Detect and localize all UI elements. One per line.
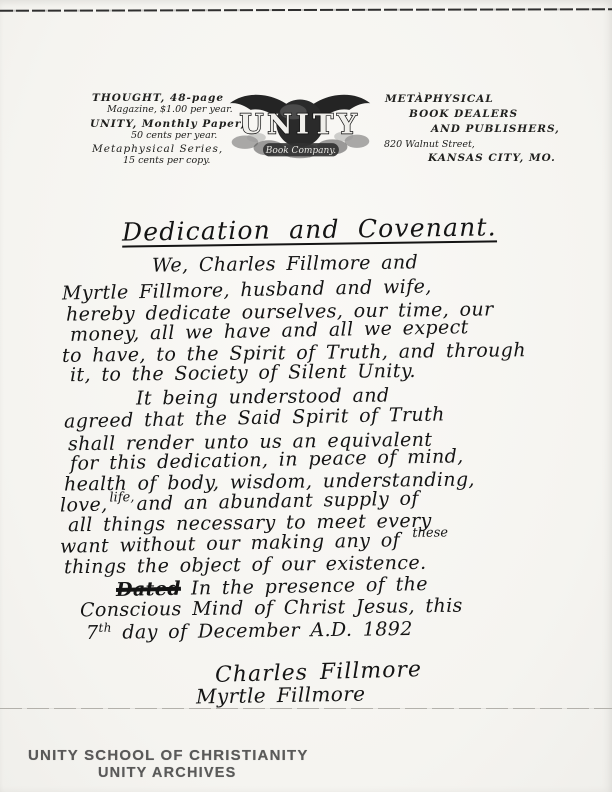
ordinal-suffix: th (98, 621, 112, 635)
handwritten-line: 7th day of December A.D. 1892 (86, 617, 413, 644)
scan-edge-line-top (0, 8, 612, 12)
business-line-2: BOOK DEALERS (409, 108, 518, 120)
business-line-3: AND PUBLISHERS, (431, 123, 560, 135)
inserted-word: life, (109, 490, 134, 505)
business-address: 820 Walnut Street, (384, 139, 475, 150)
unity-book-company-logo: UNITY Book Company. (226, 86, 374, 168)
signature-myrtle-fillmore: Myrtle Fillmore (196, 682, 366, 709)
stamp-line-1: UNITY SCHOOL OF CHRISTIANITY (28, 747, 309, 764)
letter-heading: Dedication and Covenant. (122, 212, 497, 246)
publication-series-title: Metaphysical Series, (92, 143, 223, 155)
business-city: KANSAS CITY, MO. (428, 152, 556, 164)
line-text: day of December A.D. 1892 (122, 618, 413, 644)
handwritten-line: We, Charles Fillmore and (152, 251, 418, 276)
logo-subtitle: Book Company. (265, 146, 336, 156)
stamp-line-2: UNITY ARCHIVES (98, 765, 236, 781)
line-text: 7 (86, 622, 99, 644)
handwritten-line: agreed that the Said Spirit of Truth (64, 403, 445, 432)
publication-thought-title: THOUGHT, 48-page (92, 92, 224, 104)
scanned-letter-page: THOUGHT, 48-page Magazine, $1.00 per yea… (0, 0, 612, 792)
publication-series-detail: 15 cents per copy. (123, 155, 210, 166)
logo-word: UNITY (239, 109, 360, 141)
publication-unity-detail: 50 cents per year. (131, 130, 217, 141)
business-line-1: METÀPHYSICAL (385, 93, 494, 105)
handwritten-line: it, to the Society of Silent Unity. (70, 360, 416, 386)
inserted-word: these (412, 525, 448, 541)
publication-thought-detail: Magazine, $1.00 per year. (107, 104, 233, 115)
publication-unity-title: UNITY, Monthly Paper, (90, 118, 245, 130)
scan-fold-line (0, 708, 612, 709)
